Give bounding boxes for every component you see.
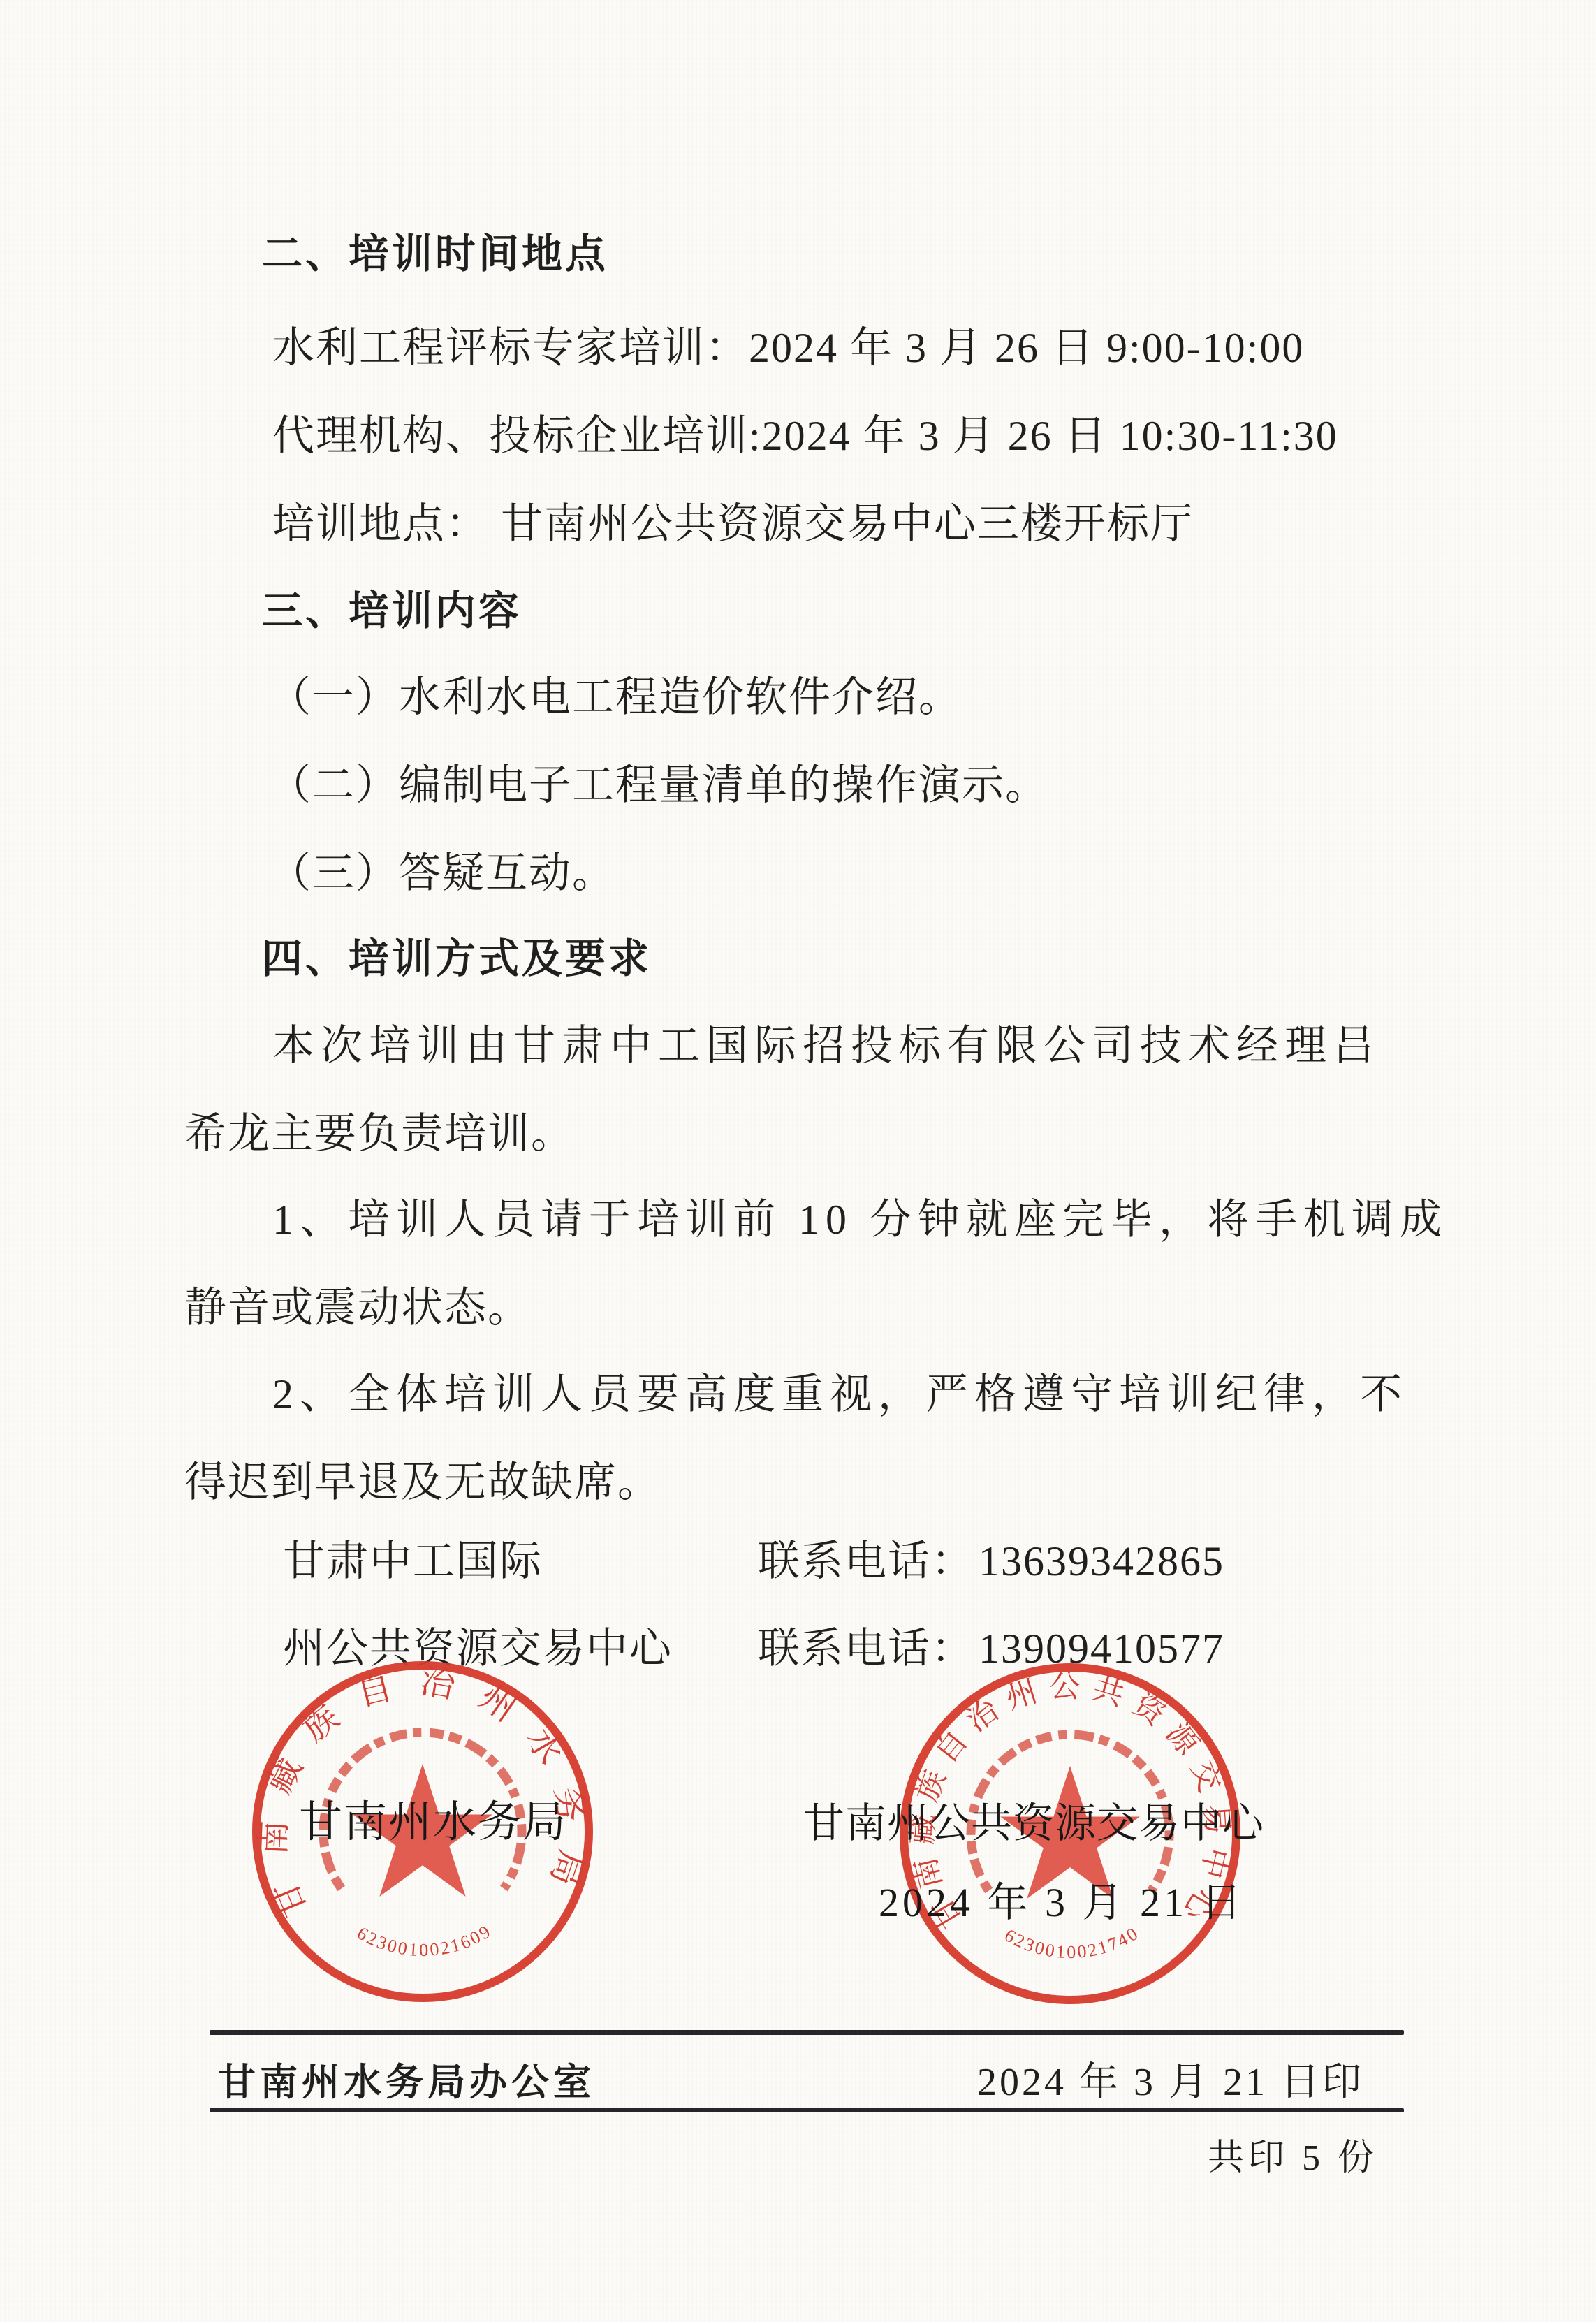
contact-org-1: 甘肃中工国际 [283,1537,543,1586]
footer-rule-bottom [210,2108,1404,2112]
seal-serial-number: 6230010021740 [1001,1922,1143,1962]
seal-overlay-trading-center: 甘南州公共资源交易中心 [803,1790,1264,1849]
line-expert-training-time: 水利工程评标专家培训：2024 年 3 月 26 日 9:00-10:00 [272,323,1304,373]
heading-training-time-location: 二、培训时间地点 [262,231,608,278]
line-method-item-1a: 1、培训人员请于培训前 10 分钟就座完毕，将手机调成 [272,1195,1448,1245]
footer-print-date: 2024 年 3 月 21 日印 [977,2051,1364,2107]
line-method-item-2b: 得迟到早退及无故缺席。 [184,1458,661,1507]
line-method-item-1b: 静音或震动状态。 [184,1283,531,1333]
seal-overlay-water-bureau: 甘南州水务局 [299,1787,567,1849]
heading-training-method: 四、培训方式及要求 [262,935,652,983]
footer-office-name: 甘南州水务局办公室 [218,2052,595,2106]
line-method-item-2a: 2、全体培训人员要高度重视，严格遵守培训纪律，不 [272,1370,1408,1419]
heading-training-content: 三、培训内容 [262,587,522,635]
seal-serial-number: 6230010021609 [353,1920,495,1960]
line-content-item-3: （三）答疑互动。 [269,849,615,898]
line-training-location: 培训地点： 甘南州公共资源交易中心三楼开标厅 [272,499,1194,549]
svg-text:6230010021740: 6230010021740 [1001,1922,1143,1962]
contact-phone-number-1: 13639342865 [979,1538,1224,1584]
line-content-item-1: （一）水利水电工程造价软件介绍。 [269,673,962,722]
line-agency-training-time: 代理机构、投标企业培训:2024 年 3 月 26 日 10:30-11:30 [272,411,1338,461]
line-content-item-2: （二）编制电子工程量清单的操作演示。 [269,761,1048,810]
contact-row-1: 联系电话：13639342865 [758,1537,1224,1586]
footer-rule-top [210,2030,1404,2035]
footer-copies-count: 共印 5 份 [1208,2128,1378,2180]
line-method-para-1b: 希龙主要负责培训。 [184,1109,574,1159]
contact-phone-label-1: 联系电话： [758,1538,974,1584]
document-page: 二、培训时间地点 水利工程评标专家培训：2024 年 3 月 26 日 9:00… [0,0,1596,2322]
line-method-para-1a: 本次培训由甘肃中工国际招投标有限公司技术经理吕 [272,1021,1381,1071]
svg-text:6230010021609: 6230010021609 [353,1920,495,1960]
signature-date: 2024 年 3 月 21 日 [879,1869,1245,1928]
